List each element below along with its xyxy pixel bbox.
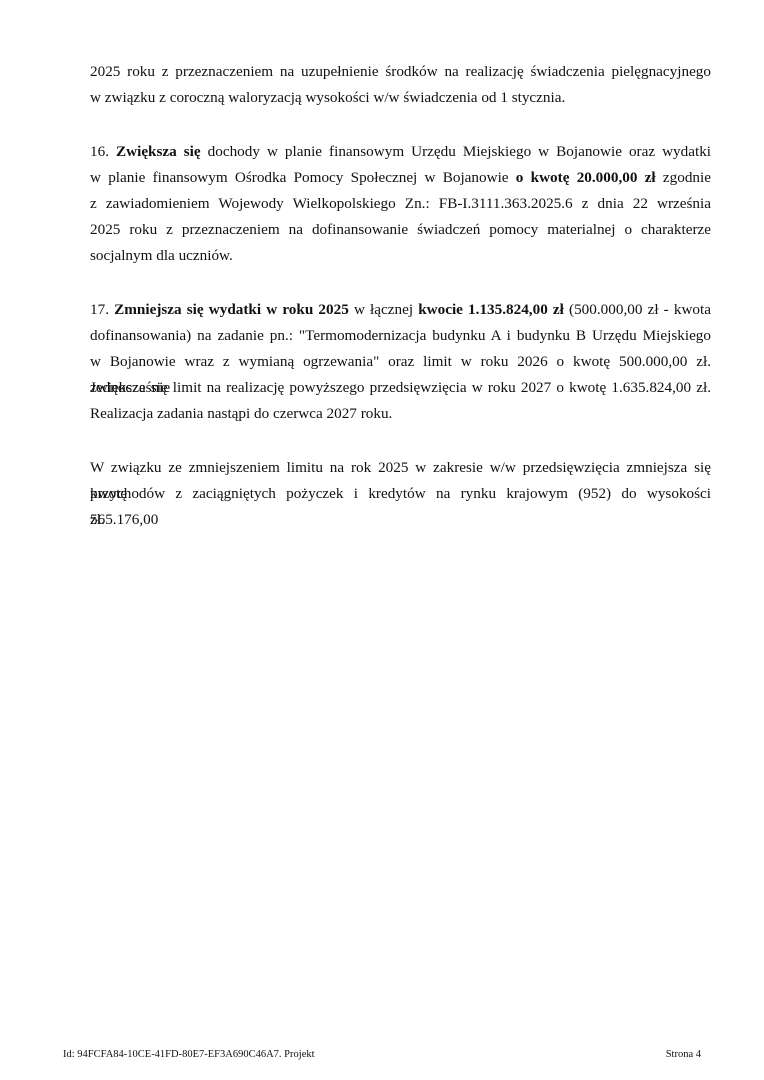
text-line: 17. Zmniejsza się wydatki w roku 2025 w … [90, 297, 711, 323]
text-line: przychodów z zaciągniętych pożyczek i kr… [90, 481, 711, 507]
text-line: 2025 roku z przeznaczeniem na uzupełnien… [90, 59, 711, 85]
paragraph-limit-note: W związku ze zmniejszeniem limitu na rok… [90, 455, 711, 533]
page-number: Strona 4 [666, 1049, 701, 1060]
page-footer: Id: 94FCFA84-10CE-41FD-80E7-EF3A690C46A7… [63, 1049, 701, 1060]
text-line: 2025 roku z przeznaczeniem na dofinansow… [90, 217, 711, 243]
text-line: socjalnym dla uczniów. [90, 243, 711, 269]
text-line: W związku ze zmniejszeniem limitu na rok… [90, 455, 711, 481]
paragraph-gap [90, 427, 711, 455]
text-line: dofinansowania) na zadanie pn.: "Termomo… [90, 323, 711, 349]
document-page: 2025 roku z przeznaczeniem na uzupełnien… [0, 0, 764, 1080]
paragraph-gap [90, 269, 711, 297]
paragraph-16: 16. Zwiększa się dochody w planie finans… [90, 139, 711, 269]
text-line: 16. Zwiększa się dochody w planie finans… [90, 139, 711, 165]
text-line: Realizacja zadania nastąpi do czerwca 20… [90, 401, 711, 427]
document-id: Id: 94FCFA84-10CE-41FD-80E7-EF3A690C46A7… [63, 1049, 315, 1060]
text-line: w związku z coroczną waloryzacją wysokoś… [90, 85, 711, 111]
paragraph-17: 17. Zmniejsza się wydatki w roku 2025 w … [90, 297, 711, 427]
text-line: zwiększa się limit na realizację powyższ… [90, 375, 711, 401]
paragraph-gap [90, 111, 711, 139]
text-line: zł. [90, 507, 711, 533]
paragraph-15-continuation: 2025 roku z przeznaczeniem na uzupełnien… [90, 59, 711, 111]
text-line: w planie finansowym Ośrodka Pomocy Społe… [90, 165, 711, 191]
document-body: 2025 roku z przeznaczeniem na uzupełnien… [90, 59, 711, 533]
text-line: z zawiadomieniem Wojewody Wielkopolskieg… [90, 191, 711, 217]
text-line: w Bojanowie wraz z wymianą ogrzewania" o… [90, 349, 711, 375]
